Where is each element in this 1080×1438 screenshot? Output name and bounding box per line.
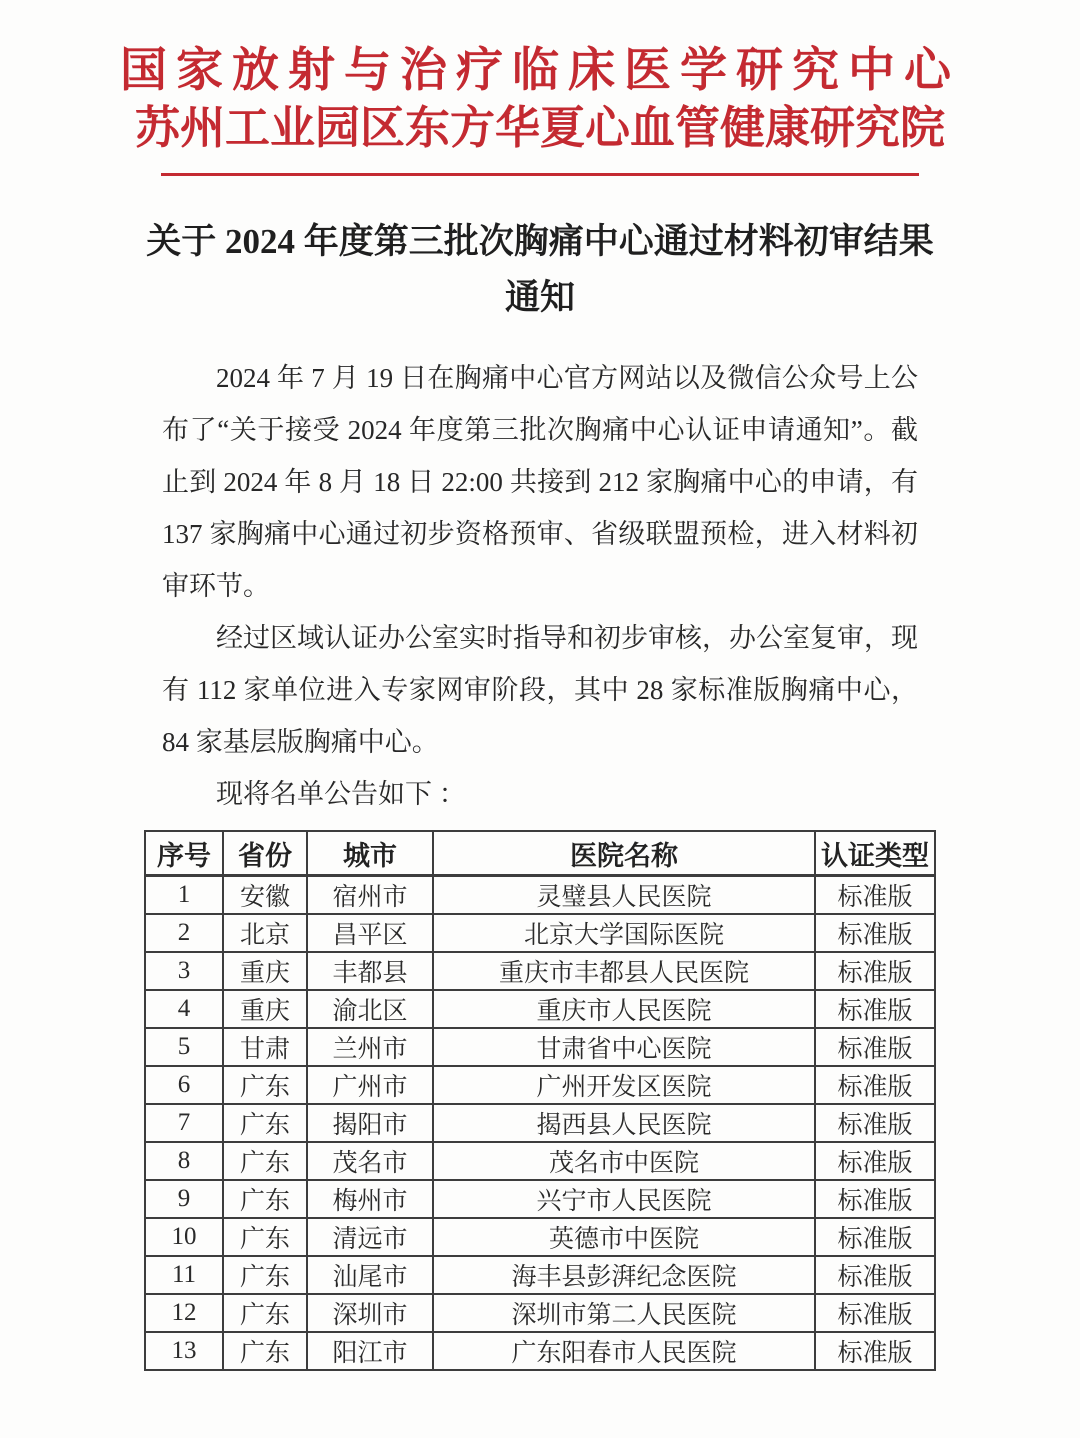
letterhead: 国家放射与治疗临床医学研究中心 苏州工业园区东方华夏心血管健康研究院 [0,0,1080,156]
table-cell: 广东 [223,1142,307,1180]
table-cell: 广东 [223,1180,307,1218]
table-cell: 标准版 [815,1028,935,1066]
table-cell: 标准版 [815,952,935,990]
hospital-roster-table: 序号省份城市医院名称认证类型 1安徽宿州市灵璧县人民医院标准版2北京昌平区北京大… [144,830,936,1371]
table-cell: 广东 [223,1066,307,1104]
table-header-cell: 省份 [223,831,307,876]
table-header-cell: 认证类型 [815,831,935,876]
table-cell: 广东 [223,1218,307,1256]
table-cell: 广东 [223,1256,307,1294]
table-cell: 海丰县彭湃纪念医院 [433,1256,815,1294]
table-cell: 广东 [223,1332,307,1370]
table-cell: 7 [145,1104,223,1142]
table-cell: 13 [145,1332,223,1370]
table-row: 11广东汕尾市海丰县彭湃纪念医院标准版 [145,1256,935,1294]
table-cell: 清远市 [307,1218,433,1256]
table-cell: 安徽 [223,876,307,915]
table-cell: 标准版 [815,1180,935,1218]
table-cell: 深圳市 [307,1294,433,1332]
document-title-line2: 通知 [0,270,1080,326]
table-cell: 标准版 [815,990,935,1028]
document-page: 国家放射与治疗临床医学研究中心 苏州工业园区东方华夏心血管健康研究院 关于 20… [0,0,1080,1438]
table-cell: 重庆市人民医院 [433,990,815,1028]
table-cell: 深圳市第二人民医院 [433,1294,815,1332]
table-cell: 3 [145,952,223,990]
table-row: 5甘肃兰州市甘肃省中心医院标准版 [145,1028,935,1066]
table-cell: 重庆 [223,952,307,990]
table-cell: 标准版 [815,1218,935,1256]
paragraph-review: 经过区域认证办公室实时指导和初步审核，办公室复审，现有 112 家单位进入专家网… [162,612,918,768]
table-cell: 阳江市 [307,1332,433,1370]
table-cell: 标准版 [815,1294,935,1332]
document-title-line1: 关于 2024 年度第三批次胸痛中心通过材料初审结果 [0,214,1080,270]
table-cell: 12 [145,1294,223,1332]
letterhead-divider [161,173,919,176]
document-title: 关于 2024 年度第三批次胸痛中心通过材料初审结果 通知 [0,214,1080,326]
table-cell: 丰都县 [307,952,433,990]
table-cell: 茂名市 [307,1142,433,1180]
table-cell: 渝北区 [307,990,433,1028]
table-cell: 4 [145,990,223,1028]
table-cell: 广东 [223,1104,307,1142]
table-cell: 广东 [223,1294,307,1332]
table-cell: 标准版 [815,876,935,915]
table-cell: 6 [145,1066,223,1104]
table-row: 6广东广州市广州开发区医院标准版 [145,1066,935,1104]
table-row: 10广东清远市英德市中医院标准版 [145,1218,935,1256]
table-cell: 5 [145,1028,223,1066]
table-cell: 标准版 [815,914,935,952]
table-cell: 兴宁市人民医院 [433,1180,815,1218]
table-row: 7广东揭阳市揭西县人民医院标准版 [145,1104,935,1142]
letterhead-line2: 苏州工业园区东方华夏心血管健康研究院 [0,100,1080,156]
table-cell: 2 [145,914,223,952]
table-cell: 揭西县人民医院 [433,1104,815,1142]
table-cell: 英德市中医院 [433,1218,815,1256]
table-cell: 8 [145,1142,223,1180]
table-cell: 甘肃 [223,1028,307,1066]
table-cell: 重庆市丰都县人民医院 [433,952,815,990]
table-intro-line: 现将名单公告如下 ： [162,768,918,820]
table-row: 1安徽宿州市灵璧县人民医院标准版 [145,876,935,915]
table-cell: 甘肃省中心医院 [433,1028,815,1066]
table-cell: 广东阳春市人民医院 [433,1332,815,1370]
table-header-cell: 序号 [145,831,223,876]
table-cell: 灵璧县人民医院 [433,876,815,915]
table-cell: 广州开发区医院 [433,1066,815,1104]
table-cell: 标准版 [815,1104,935,1142]
table-row: 12广东深圳市深圳市第二人民医院标准版 [145,1294,935,1332]
table-row: 13广东阳江市广东阳春市人民医院标准版 [145,1332,935,1370]
letterhead-line1: 国家放射与治疗临床医学研究中心 [0,42,1080,100]
table-header-row: 序号省份城市医院名称认证类型 [145,831,935,876]
table-cell: 兰州市 [307,1028,433,1066]
table-header-cell: 城市 [307,831,433,876]
table-cell: 汕尾市 [307,1256,433,1294]
table-cell: 揭阳市 [307,1104,433,1142]
table-cell: 11 [145,1256,223,1294]
table-cell: 宿州市 [307,876,433,915]
table-cell: 梅州市 [307,1180,433,1218]
table-row: 4重庆渝北区重庆市人民医院标准版 [145,990,935,1028]
table-cell: 北京 [223,914,307,952]
table-cell: 广州市 [307,1066,433,1104]
table-header-cell: 医院名称 [433,831,815,876]
table-cell: 标准版 [815,1142,935,1180]
paragraph-announcement: 2024 年 7 月 19 日在胸痛中心官方网站以及微信公众号上公布了“关于接受… [162,352,918,612]
table-cell: 10 [145,1218,223,1256]
table-row: 2北京昌平区北京大学国际医院标准版 [145,914,935,952]
table-cell: 1 [145,876,223,915]
table-row: 3重庆丰都县重庆市丰都县人民医院标准版 [145,952,935,990]
table-cell: 重庆 [223,990,307,1028]
table-row: 9广东梅州市兴宁市人民医院标准版 [145,1180,935,1218]
table-cell: 标准版 [815,1332,935,1370]
table-row: 8广东茂名市茂名市中医院标准版 [145,1142,935,1180]
table-cell: 9 [145,1180,223,1218]
table-cell: 北京大学国际医院 [433,914,815,952]
table-cell: 标准版 [815,1066,935,1104]
table-cell: 昌平区 [307,914,433,952]
table-cell: 标准版 [815,1256,935,1294]
table-cell: 茂名市中医院 [433,1142,815,1180]
document-body: 2024 年 7 月 19 日在胸痛中心官方网站以及微信公众号上公布了“关于接受… [162,352,918,820]
table-body: 1安徽宿州市灵璧县人民医院标准版2北京昌平区北京大学国际医院标准版3重庆丰都县重… [145,876,935,1371]
